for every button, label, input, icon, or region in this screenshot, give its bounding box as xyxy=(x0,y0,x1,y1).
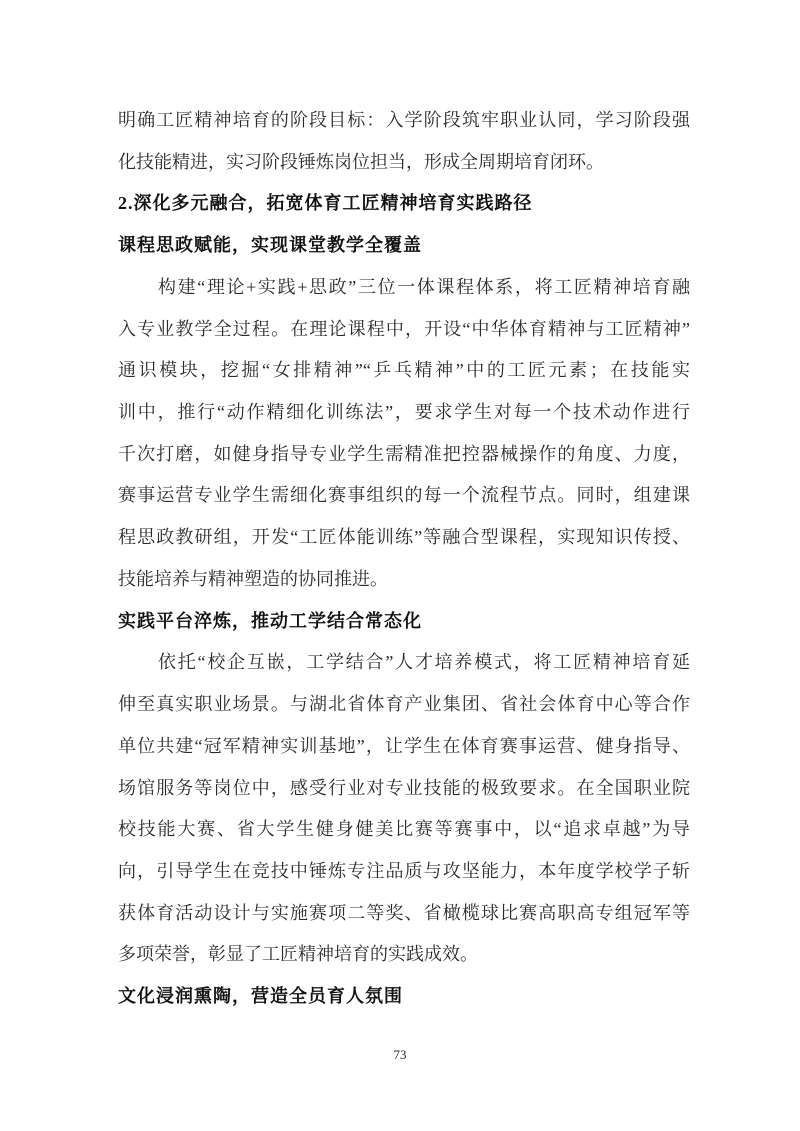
subsection-heading: 实践平台淬炼，推动工学结合常态化 xyxy=(118,601,690,643)
body-text-line: 校技能大赛、省大学生健身健美比赛等赛事中，以“追求卓越”为导 xyxy=(118,809,690,851)
body-text-line: 场馆服务等岗位中，感受行业对专业技能的极致要求。在全国职业院 xyxy=(118,768,690,810)
body-text-line: 千次打磨，如健身指导专业学生需精准把控器械操作的角度、力度， xyxy=(118,434,690,476)
body-text-line: 技能培养与精神塑造的协同推进。 xyxy=(118,559,690,601)
body-text-line: 程思政教研组，开发“工匠体能训练”等融合型课程，实现知识传授、 xyxy=(118,517,690,559)
subsection-heading: 课程思政赋能，实现课堂教学全覆盖 xyxy=(118,225,690,267)
body-text-line: 通识模块，挖掘“女排精神”“乒乓精神”中的工匠元素；在技能实 xyxy=(118,350,690,392)
section-heading: 2.深化多元融合，拓宽体育工匠精神培育实践路径 xyxy=(118,183,690,225)
body-text-line: 赛事运营专业学生需细化赛事组织的每一个流程节点。同时，组建课 xyxy=(118,475,690,517)
body-text-line: 获体育活动设计与实施赛项二等奖、省橄榄球比赛高职高专组冠军等 xyxy=(118,893,690,935)
body-text-line: 伸至真实职业场景。与湖北省体育产业集团、省社会体育中心等合作 xyxy=(118,684,690,726)
body-text-line: 入专业教学全过程。在理论课程中，开设“中华体育精神与工匠精神” xyxy=(118,309,690,351)
subsection-heading: 文化浸润熏陶，营造全员育人氛围 xyxy=(118,976,690,1018)
document-page: 明确工匠精神培育的阶段目标：入学阶段筑牢职业认同，学习阶段强 化技能精进，实习阶… xyxy=(0,0,800,1131)
body-text-line: 依托“校企互嵌，工学结合”人才培养模式，将工匠精神培育延 xyxy=(118,642,690,684)
body-text-line: 化技能精进，实习阶段锤炼岗位担当，形成全周期培育闭环。 xyxy=(118,142,690,184)
body-text-line: 明确工匠精神培育的阶段目标：入学阶段筑牢职业认同，学习阶段强 xyxy=(118,100,690,142)
document-body: 明确工匠精神培育的阶段目标：入学阶段筑牢职业认同，学习阶段强 化技能精进，实习阶… xyxy=(118,100,690,1018)
body-text-line: 多项荣誉，彰显了工匠精神培育的实践成效。 xyxy=(118,934,690,976)
body-text-line: 训中，推行“动作精细化训练法”，要求学生对每一个技术动作进行 xyxy=(118,392,690,434)
body-text-line: 单位共建“冠军精神实训基地”，让学生在体育赛事运营、健身指导、 xyxy=(118,726,690,768)
page-number: 73 xyxy=(0,1042,800,1068)
body-text-line: 构建“理论+实践+思政”三位一体课程体系，将工匠精神培育融 xyxy=(118,267,690,309)
body-text-line: 向，引导学生在竞技中锤炼专注品质与攻坚能力，本年度学校学子斩 xyxy=(118,851,690,893)
